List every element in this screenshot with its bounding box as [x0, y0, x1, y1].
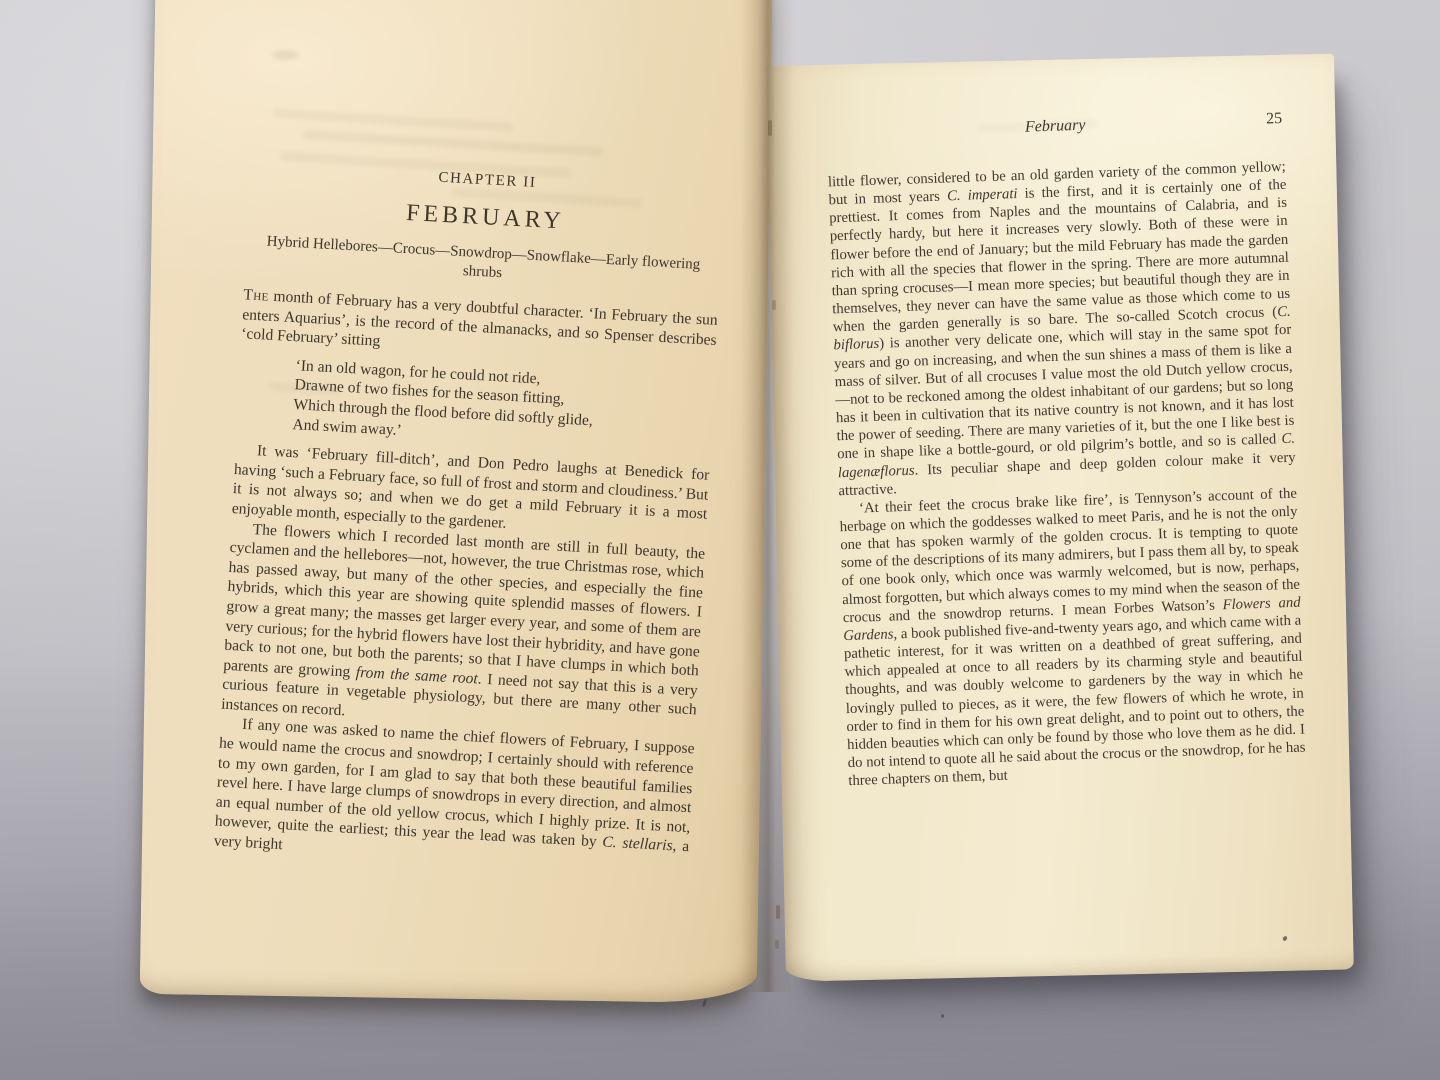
body-paragraph: The flowers which I recorded last month … [221, 518, 706, 739]
photo-background: CHAPTER II FEBRUARY Hybrid Hellebores—Cr… [0, 0, 1440, 1080]
running-header-row: February 25 [826, 110, 1284, 148]
dust-speck [941, 1014, 944, 1018]
left-page: CHAPTER II FEBRUARY Hybrid Hellebores—Cr… [140, 0, 773, 1004]
running-header: February [826, 110, 1284, 144]
verse-quote: ‘In an old wagon, for he could not ride,… [292, 356, 715, 457]
page-number: 25 [1266, 110, 1283, 129]
right-page-text-block: February 25 little flower, considered to… [766, 50, 1358, 792]
spine-stitch [772, 300, 776, 310]
chapter-subtitle: Hybrid Hellebores—Crocus—Snowdrop—Snowfl… [255, 232, 711, 294]
body-paragraph: If any one was asked to name the chief f… [213, 714, 695, 877]
left-page-text-block: CHAPTER II FEBRUARY Hybrid Hellebores—Cr… [107, 0, 772, 879]
body-paragraph: ‘At their feet the crocus brake like fir… [839, 484, 1307, 790]
spine-stitch [776, 905, 780, 919]
right-page: February 25 little flower, considered to… [766, 54, 1354, 982]
left-page-body: The month of February has a very doubtfu… [213, 285, 718, 876]
spine-stitch [768, 120, 772, 136]
right-page-body: little flower, considered to be an old g… [828, 158, 1307, 791]
body-paragraph: little flower, considered to be an old g… [828, 158, 1297, 500]
open-book: CHAPTER II FEBRUARY Hybrid Hellebores—Cr… [0, 0, 1440, 1080]
spine-stitch [775, 940, 779, 949]
